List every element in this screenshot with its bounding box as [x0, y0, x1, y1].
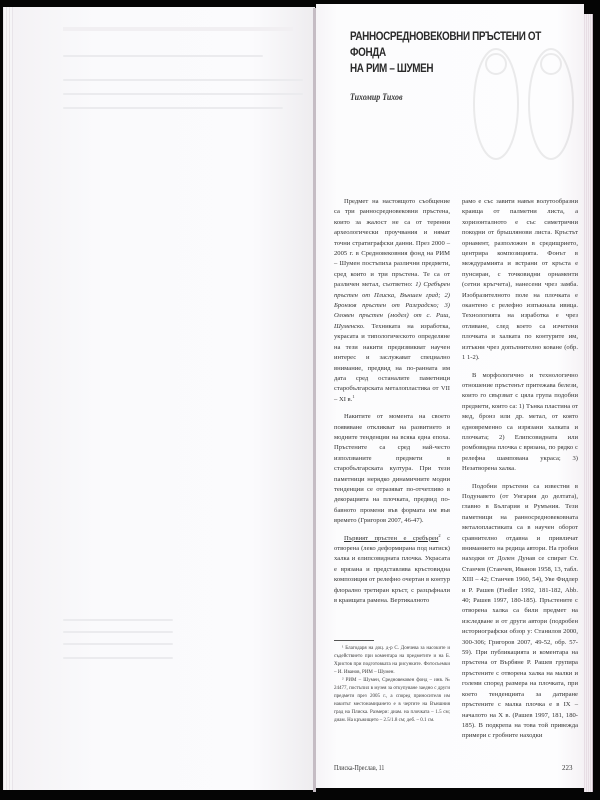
paragraph: Накитите от момента на своето появяване … [334, 412, 450, 526]
page-number: 223 [562, 764, 573, 772]
text-column-left: Предмет на настоящото съобщение са три р… [334, 197, 450, 606]
show-through-text [63, 55, 263, 57]
title-line-1: РАННОСРЕДНОВЕКОВНИ ПРЪСТЕНИ ОТ ФОНДА [350, 29, 548, 61]
scanned-book-spread: РАННОСРЕДНОВЕКОВНИ ПРЪСТЕНИ ОТ ФОНДА НА … [0, 0, 600, 800]
paragraph: Подобни пръстени са известни в Подунавет… [462, 482, 578, 742]
footnote-2: ² РИМ – Шумен, Средновековен фонд – инв.… [334, 677, 450, 725]
show-through-text [63, 643, 173, 645]
running-footer: Плиска-Преслав, 11 [334, 764, 384, 772]
show-through-text [63, 79, 303, 81]
paragraph: рамо е със завити навън волутообразни кр… [462, 197, 578, 364]
footnote-1: ¹ Благодаря на доц. д-р С. Дончева за на… [334, 645, 450, 677]
page-stack-edge [584, 14, 593, 792]
footnotes: ¹ Благодаря на доц. д-р С. Дончева за на… [334, 645, 450, 725]
left-page-blank [3, 7, 315, 790]
paragraph: В морфологично и технологично отношение … [462, 371, 578, 475]
paragraph: Предмет на настоящото съобщение са три р… [334, 197, 450, 405]
show-through-text [63, 27, 293, 31]
title-line-2: НА РИМ – ШУМЕН [350, 61, 548, 77]
right-page: РАННОСРЕДНОВЕКОВНИ ПРЪСТЕНИ ОТ ФОНДА НА … [316, 4, 584, 788]
show-through-text [63, 107, 283, 109]
article-author: Тихомир Тихов [350, 92, 403, 102]
show-through-text [63, 93, 303, 95]
footnote-ref: 1 [352, 394, 354, 399]
article-title: РАННОСРЕДНОВЕКОВНИ ПРЪСТЕНИ ОТ ФОНДА НА … [350, 29, 548, 77]
show-through-text [63, 619, 173, 621]
footnote-divider [334, 640, 374, 641]
text-column-right: рамо е със завити навън волутообразни кр… [462, 197, 578, 742]
show-through-text [63, 631, 173, 633]
paragraph: Първият пръстен е сребърен2 с отворена (… [334, 534, 450, 607]
show-through-text [63, 657, 173, 659]
